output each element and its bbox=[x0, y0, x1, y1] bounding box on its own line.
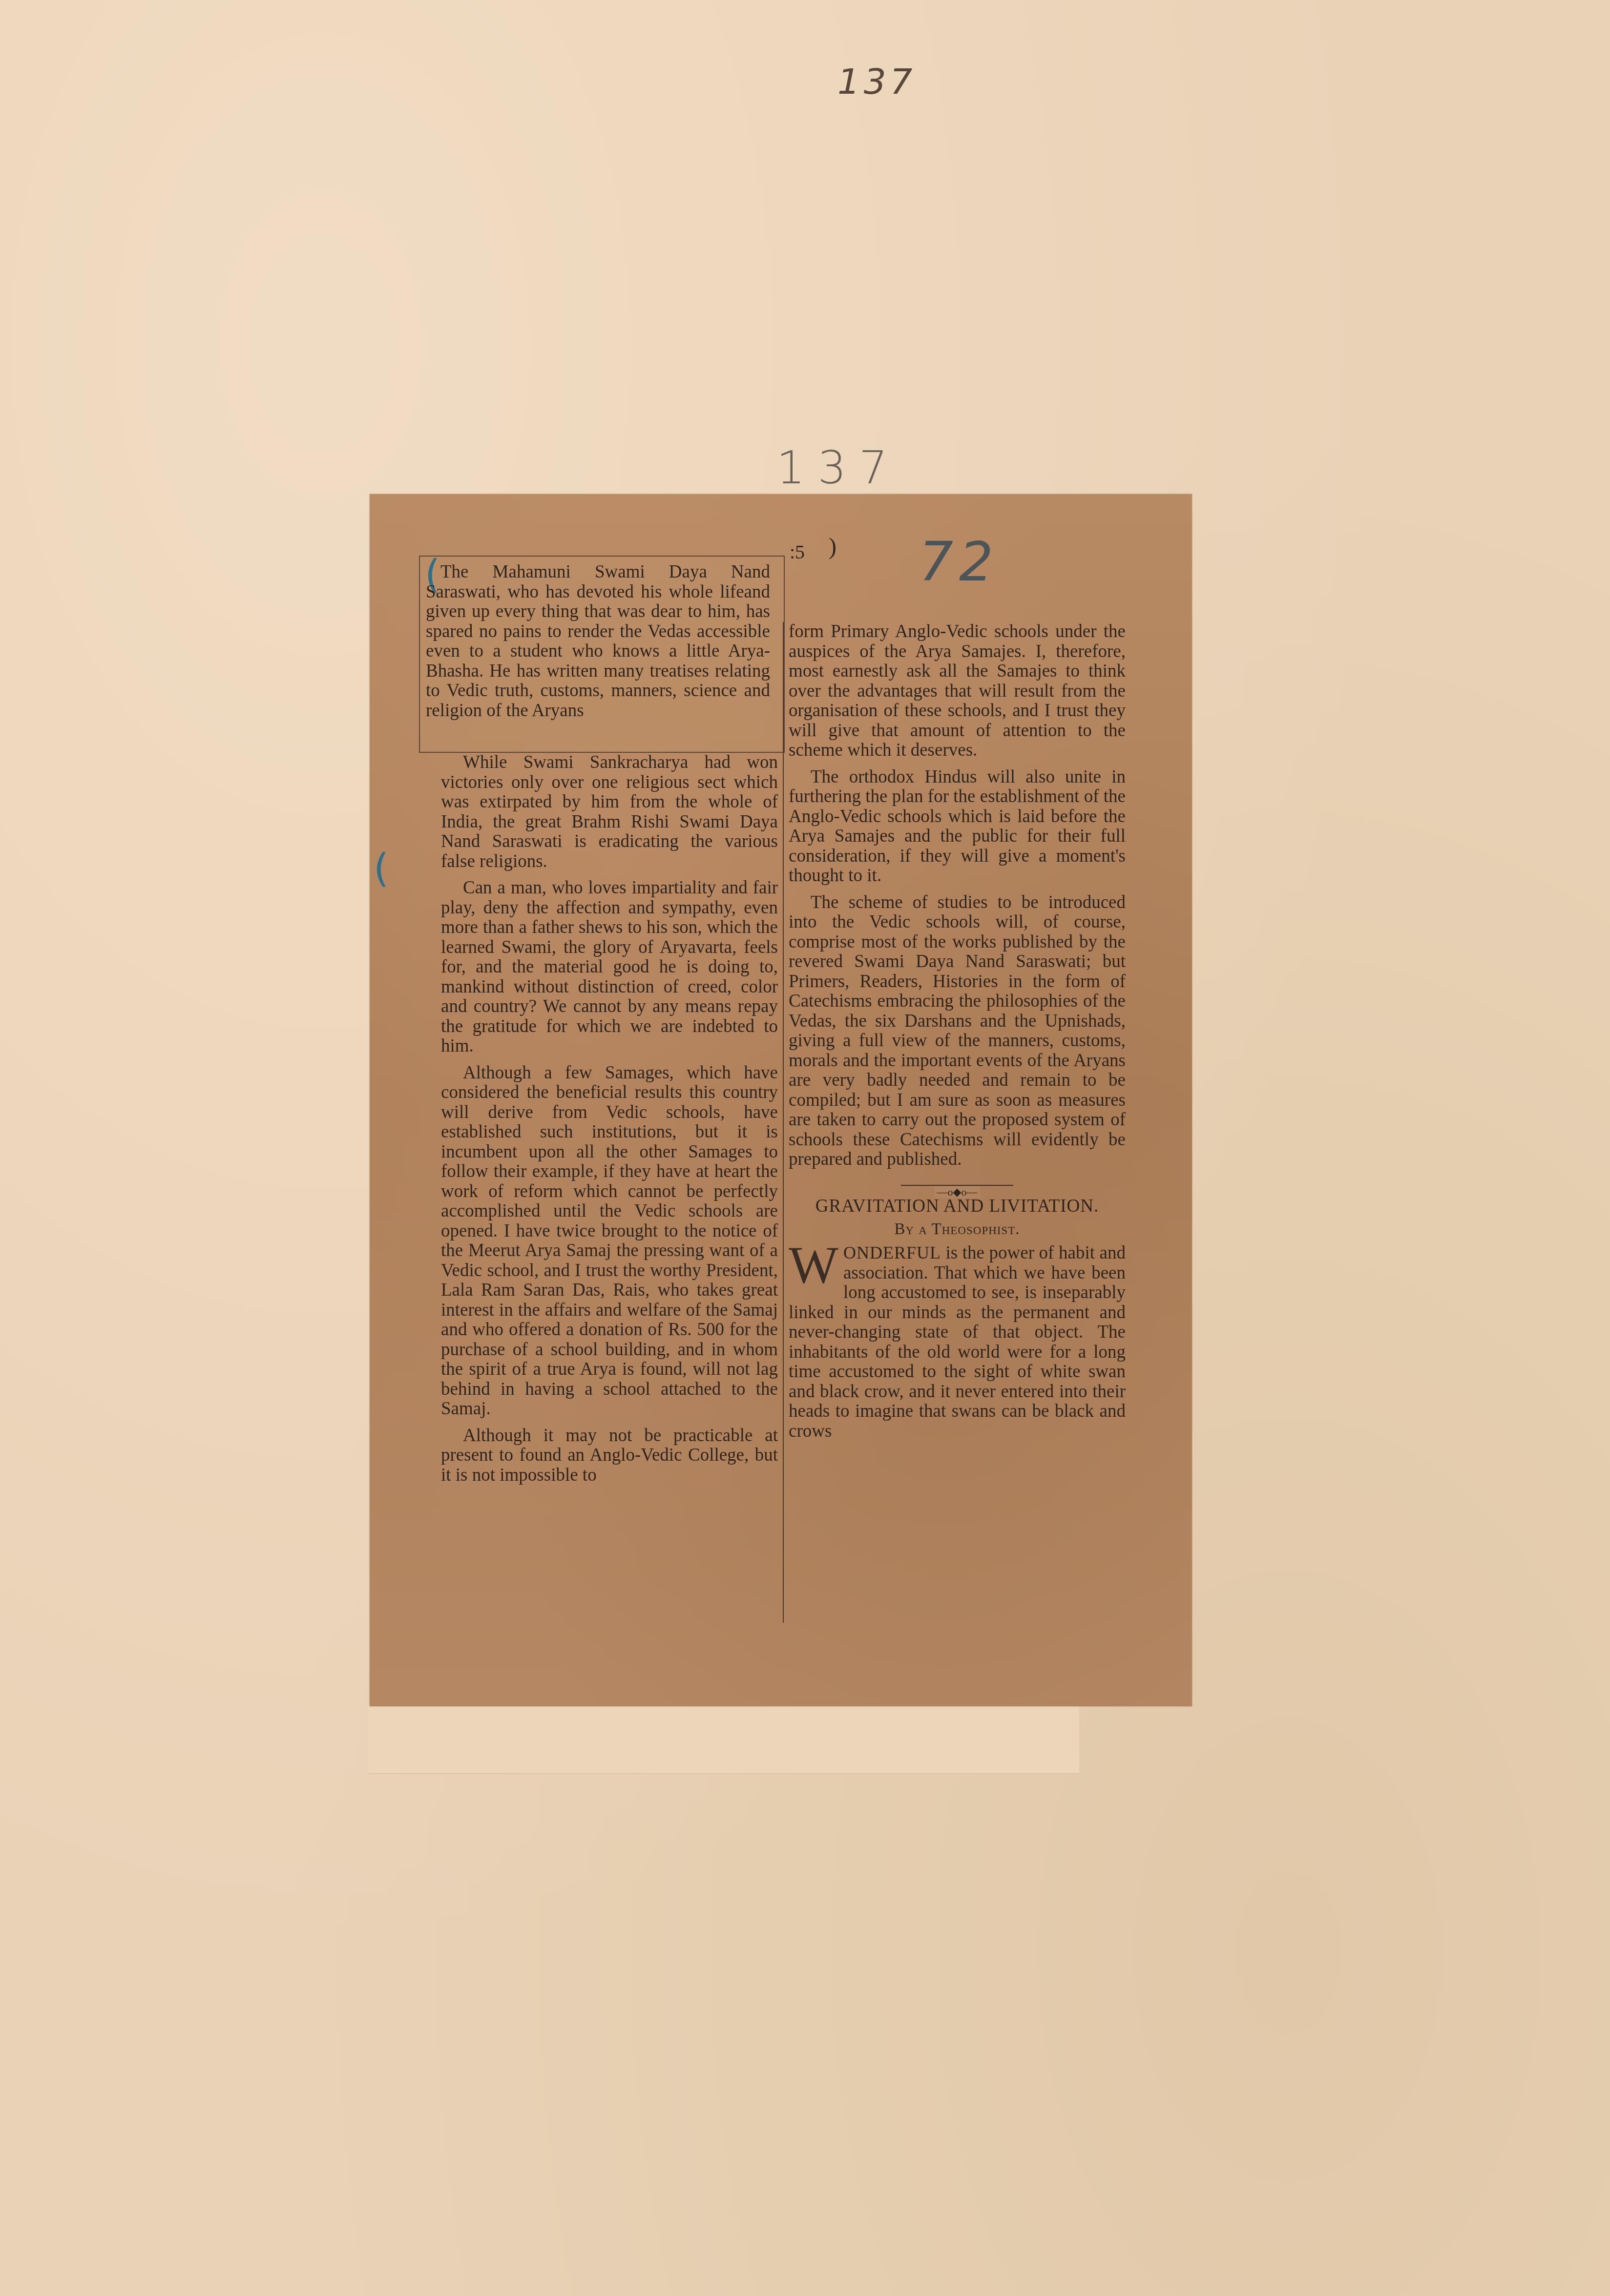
left-column: While Swami Sankracharya had won victori… bbox=[441, 753, 778, 1485]
lead-caps: ONDERFUL bbox=[843, 1243, 941, 1262]
folio-number-above-clipping: 137 bbox=[776, 442, 900, 494]
paragraph: form Primary Anglo-Vedic schools under t… bbox=[789, 622, 1126, 761]
mount-strip bbox=[369, 1706, 1079, 1774]
paragraph: The orthodox Hindus will also unite in f… bbox=[789, 767, 1126, 886]
handwritten-number: 72 bbox=[919, 531, 999, 593]
section-ornament-divider: —o◆o— bbox=[789, 1180, 1126, 1190]
blue-pencil-bracket-icon: ( bbox=[374, 846, 389, 891]
article-title: GRAVITATION AND LIVITATION. bbox=[789, 1196, 1126, 1217]
newspaper-clipping: ( The Mahamuni Swami Daya Nand Saraswati… bbox=[370, 494, 1192, 1706]
paragraph: While Swami Sankracharya had won victori… bbox=[441, 753, 778, 871]
pasted-intro-text: The Mahamuni Swami Daya Nand Saraswati, … bbox=[426, 562, 770, 721]
pasted-intro-box: ( The Mahamuni Swami Daya Nand Saraswati… bbox=[419, 556, 785, 753]
paragraph: Can a man, who loves impartiality and fa… bbox=[441, 878, 778, 1056]
paragraph: Although a few Samages, which have consi… bbox=[441, 1063, 778, 1419]
drop-cap: W bbox=[789, 1245, 838, 1286]
paragraph: Although it may not be practicable at pr… bbox=[441, 1426, 778, 1486]
column-marker: :5 bbox=[790, 540, 805, 563]
article-byline: By a Theosophist. bbox=[789, 1220, 1126, 1240]
column-divider bbox=[783, 622, 784, 1623]
ornament-icon: —o◆o— bbox=[934, 1186, 981, 1198]
paragraph: The scheme of studies to be introduced i… bbox=[789, 893, 1126, 1170]
article-body: is the power of habit and association. T… bbox=[789, 1243, 1126, 1441]
folio-number-top: 137 bbox=[837, 61, 916, 102]
article-lead-paragraph: WONDERFUL is the power of habit and asso… bbox=[789, 1243, 1126, 1441]
right-column: form Primary Anglo-Vedic schools under t… bbox=[789, 622, 1126, 1441]
column-marker-paren: ) bbox=[829, 533, 836, 560]
